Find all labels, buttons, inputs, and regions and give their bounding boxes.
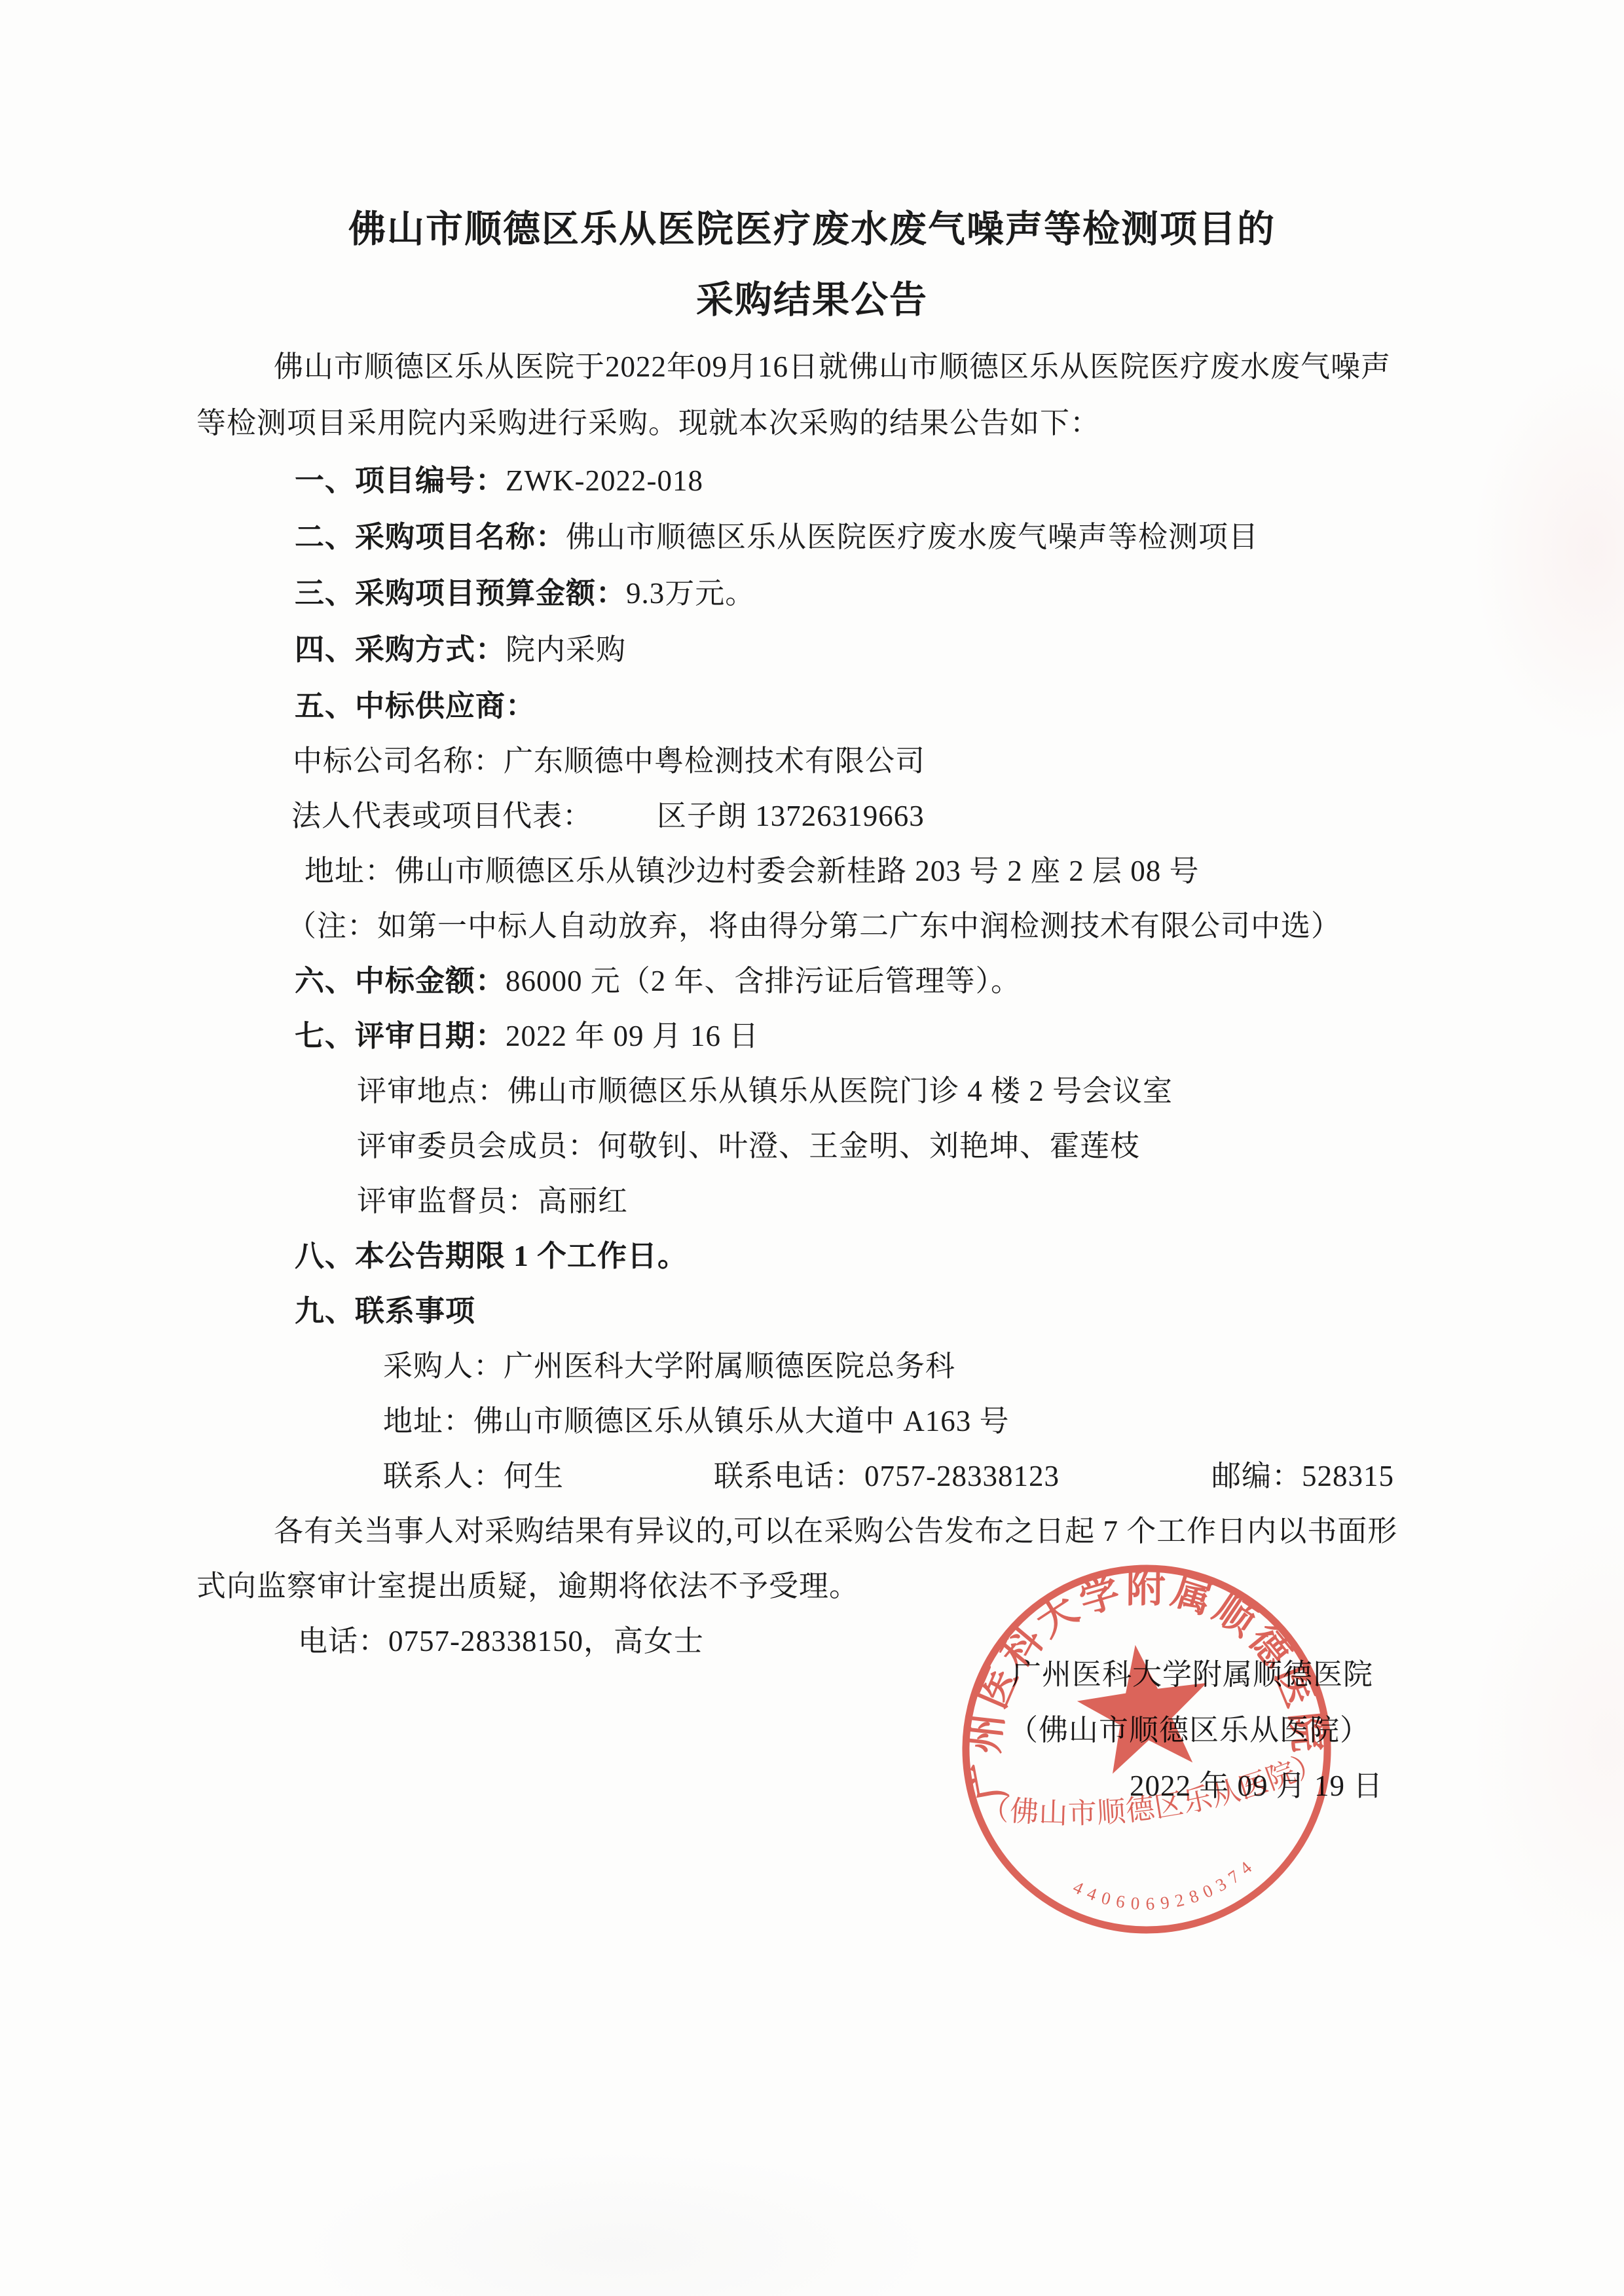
review-supervisor-line: 评审监督员：高丽红 bbox=[357, 1183, 628, 1219]
objection-phone-line: 电话：0757-28338150，高女士 bbox=[298, 1623, 704, 1659]
item-label: 八、本公告期限 1 个工作日。 bbox=[295, 1240, 688, 1272]
list-item-winner-header: 五、中标供应商： bbox=[295, 688, 536, 724]
purchaser-line: 采购人：广州医科大学附属顺德医院总务科 bbox=[383, 1348, 955, 1384]
item-label: 一、项目编号： bbox=[295, 464, 506, 497]
winner-company-line: 中标公司名称：广东顺德中粤检测技术有限公司 bbox=[293, 743, 925, 779]
item-value: ZWK-2022-018 bbox=[506, 464, 703, 497]
svg-text:（佛山市顺德区乐从医院）: （佛山市顺德区乐从医院） bbox=[975, 1743, 1332, 1848]
list-item-contact-header: 九、联系事项 bbox=[295, 1293, 475, 1329]
item-value: 9.3万元。 bbox=[626, 577, 755, 610]
item-value: 佛山市顺德区乐从医院医疗废水废气噪声等检测项目 bbox=[566, 521, 1259, 553]
paragraph-line: 等检测项目采用院内采购进行采购。现就本次采购的结果公告如下： bbox=[196, 405, 1100, 441]
item-value: 院内采购 bbox=[506, 633, 626, 666]
document-title-line2: 采购结果公告 bbox=[0, 279, 1624, 322]
contact-postal-code: 邮编：528315 bbox=[1211, 1458, 1394, 1494]
winner-representative-line: 法人代表或项目代表： 区子朗 13726319663 bbox=[291, 798, 925, 834]
item-label: 四、采购方式： bbox=[295, 633, 506, 666]
list-item-project-number: 一、项目编号：ZWK-2022-018 bbox=[295, 462, 703, 499]
scanned-document-page: 佛山市顺德区乐从医院医疗废水废气噪声等检测项目的 采购结果公告 佛山市顺德区乐从… bbox=[0, 0, 1624, 2296]
contact-person: 联系人：何生 bbox=[383, 1458, 564, 1494]
official-seal-stamp: 广州医科大学附属顺德医院 （佛山市顺德区乐从医院） 4406069280374 bbox=[910, 1513, 1384, 1986]
item-label: 二、采购项目名称： bbox=[295, 521, 566, 553]
paragraph-line: 佛山市顺德区乐从医院于2022年09月16日就佛山市顺德区乐从医院医疗废水废气噪… bbox=[274, 348, 1391, 385]
seal-inner-text: （佛山市顺德区乐从医院） bbox=[975, 1743, 1332, 1848]
purchaser-address-line: 地址：佛山市顺德区乐从镇乐从大道中 A163 号 bbox=[383, 1403, 1010, 1439]
item-label: 三、采购项目预算金额： bbox=[295, 577, 626, 610]
winner-address-line: 地址：佛山市顺德区乐从镇沙边村委会新桂路 203 号 2 座 2 层 08 号 bbox=[304, 853, 1200, 889]
review-committee-line: 评审委员会成员：何敬钊、叶澄、王金明、刘艳坤、霍莲枝 bbox=[357, 1128, 1140, 1164]
list-item-method: 四、采购方式：院内采购 bbox=[295, 631, 626, 668]
item-value: 2022 年 09 月 16 日 bbox=[506, 1020, 759, 1052]
item-label: 九、联系事项 bbox=[295, 1295, 475, 1327]
item-label: 七、评审日期： bbox=[295, 1020, 506, 1052]
list-item-project-name: 二、采购项目名称：佛山市顺德区乐从医院医疗废水废气噪声等检测项目 bbox=[295, 519, 1259, 555]
winner-note-line: （注：如第一中标人自动放弃，将由得分第二广东中润检测技术有限公司中选） bbox=[287, 908, 1341, 944]
document-title-line1: 佛山市顺德区乐从医院医疗废水废气噪声等检测项目的 bbox=[0, 208, 1624, 251]
item-value: 86000 元（2 年、含排污证后管理等）。 bbox=[506, 965, 1021, 997]
list-item-budget: 三、采购项目预算金额：9.3万元。 bbox=[295, 575, 755, 612]
list-item-announcement-period: 八、本公告期限 1 个工作日。 bbox=[295, 1238, 688, 1274]
item-label: 五、中标供应商： bbox=[295, 690, 536, 722]
list-item-review-date: 七、评审日期：2022 年 09 月 16 日 bbox=[295, 1018, 759, 1054]
seal-code-text: 4406069280374 bbox=[1068, 1852, 1264, 1925]
svg-text:4406069280374: 4406069280374 bbox=[1068, 1852, 1264, 1925]
objection-line: 式向监察审计室提出质疑，逾期将依法不予受理。 bbox=[196, 1568, 859, 1604]
review-location-line: 评审地点：佛山市顺德区乐从镇乐从医院门诊 4 楼 2 号会议室 bbox=[357, 1073, 1173, 1109]
seal-star-icon bbox=[1071, 1636, 1217, 1777]
item-label: 六、中标金额： bbox=[295, 965, 506, 997]
list-item-amount: 六、中标金额：86000 元（2 年、含排污证后管理等）。 bbox=[295, 963, 1021, 999]
contact-phone: 联系电话：0757-28338123 bbox=[714, 1458, 1060, 1494]
